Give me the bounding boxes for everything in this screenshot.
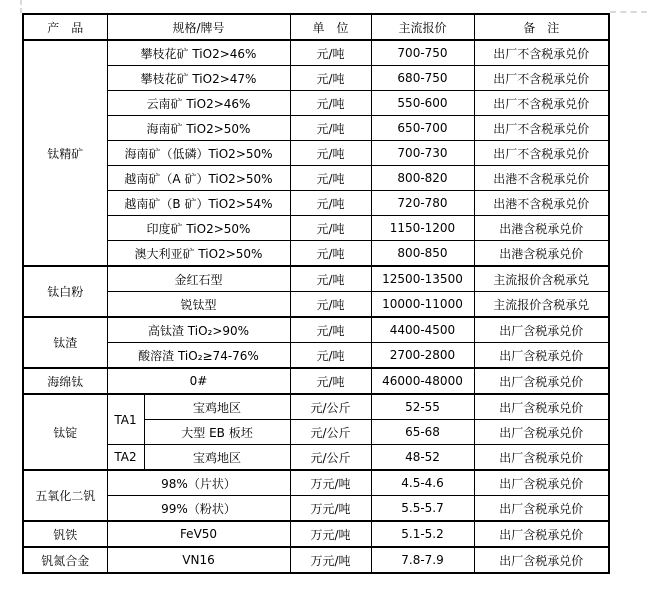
price-cell: 800-820: [371, 166, 474, 191]
price-cell: 7.8-7.9: [371, 547, 474, 573]
table-row: 攀枝花矿 TiO2>47% 元/吨 680-750 出厂不含税承兑价: [23, 66, 609, 91]
table-row: 印度矿 TiO2>50% 元/吨 1150-1200 出港含税承兑价: [23, 216, 609, 241]
page-break-dash-horizontal: [610, 11, 647, 13]
note-cell: 出厂不含税承兑价: [474, 116, 609, 141]
unit-cell: 元/公斤: [290, 394, 371, 420]
unit-cell: 元/吨: [290, 368, 371, 394]
spec-cell: 98%（片状）: [107, 470, 290, 496]
table-row: 钛白粉 金红石型 元/吨 12500-13500 主流报价含税承兑: [23, 266, 609, 292]
unit-cell: 元/吨: [290, 216, 371, 241]
note-cell: 主流报价含税承兑: [474, 266, 609, 292]
table-row: 海绵钛 0# 元/吨 46000-48000 出厂含税承兑价: [23, 368, 609, 394]
spec-cell: 越南矿（A 矿）TiO2>50%: [107, 166, 290, 191]
unit-cell: 元/吨: [290, 66, 371, 91]
note-cell: 出厂含税承兑价: [474, 368, 609, 394]
note-cell: 出港含税承兑价: [474, 241, 609, 267]
product-group-cell: 钛渣: [23, 317, 107, 368]
spec-cell: 澳大利亚矿 TiO2>50%: [107, 241, 290, 267]
table-row: 海南矿 TiO2>50% 元/吨 650-700 出厂不含税承兑价: [23, 116, 609, 141]
unit-cell: 元/吨: [290, 40, 371, 66]
product-group-cell: 五氧化二钒: [23, 470, 107, 521]
price-cell: 46000-48000: [371, 368, 474, 394]
page-break-dash-vertical: [20, 0, 22, 13]
price-cell: 4400-4500: [371, 317, 474, 343]
spec-cell: 宝鸡地区: [144, 445, 290, 471]
price-cell: 5.5-5.7: [371, 496, 474, 522]
spec-cell: 印度矿 TiO2>50%: [107, 216, 290, 241]
price-cell: 800-850: [371, 241, 474, 267]
table-row: 钒氮合金 VN16 万元/吨 7.8-7.9 出厂含税承兑价: [23, 547, 609, 573]
spec-cell: 云南矿 TiO2>46%: [107, 91, 290, 116]
note-cell: 出厂含税承兑价: [474, 547, 609, 573]
column-header-note: 备 注: [474, 14, 609, 40]
price-cell: 700-730: [371, 141, 474, 166]
note-cell: 出港含税承兑价: [474, 216, 609, 241]
product-group-cell: 钛白粉: [23, 266, 107, 317]
table-row: 云南矿 TiO2>46% 元/吨 550-600 出厂不含税承兑价: [23, 91, 609, 116]
spec-cell: 海南矿（低磷）TiO2>50%: [107, 141, 290, 166]
spec-cell: 攀枝花矿 TiO2>47%: [107, 66, 290, 91]
product-group-cell: 钒铁: [23, 521, 107, 547]
product-group-cell: 钛精矿: [23, 40, 107, 266]
note-cell: 出厂含税承兑价: [474, 496, 609, 522]
note-cell: 出厂含税承兑价: [474, 394, 609, 420]
note-cell: 出厂含税承兑价: [474, 470, 609, 496]
unit-cell: 元/吨: [290, 266, 371, 292]
header-row: 产 品 规格/牌号 单 位 主流报价 备 注: [23, 14, 609, 40]
price-cell: 2700-2800: [371, 343, 474, 369]
note-cell: 出厂含税承兑价: [474, 317, 609, 343]
spec-cell: 酸溶渣 TiO₂≥74-76%: [107, 343, 290, 369]
spec-cell: 海南矿 TiO2>50%: [107, 116, 290, 141]
column-header-price: 主流报价: [371, 14, 474, 40]
spec-cell: 金红石型: [107, 266, 290, 292]
price-cell: 10000-11000: [371, 292, 474, 318]
spec-cell: 99%（粉状）: [107, 496, 290, 522]
table-row: 钛精矿 攀枝花矿 TiO2>46% 元/吨 700-750 出厂不含税承兑价: [23, 40, 609, 66]
unit-cell: 元/吨: [290, 116, 371, 141]
spec-cell: 攀枝花矿 TiO2>46%: [107, 40, 290, 66]
spec-cell: 越南矿（B 矿）TiO2>54%: [107, 191, 290, 216]
unit-cell: 元/吨: [290, 191, 371, 216]
note-cell: 出厂含税承兑价: [474, 343, 609, 369]
note-cell: 出厂含税承兑价: [474, 521, 609, 547]
price-cell: 720-780: [371, 191, 474, 216]
spec-cell: 0#: [107, 368, 290, 394]
unit-cell: 元/吨: [290, 166, 371, 191]
table-row: 澳大利亚矿 TiO2>50% 元/吨 800-850 出港含税承兑价: [23, 241, 609, 267]
price-cell: 52-55: [371, 394, 474, 420]
unit-cell: 元/吨: [290, 343, 371, 369]
product-group-cell: 钒氮合金: [23, 547, 107, 573]
table-row: 酸溶渣 TiO₂≥74-76% 元/吨 2700-2800 出厂含税承兑价: [23, 343, 609, 369]
note-cell: 出厂不含税承兑价: [474, 40, 609, 66]
price-cell: 65-68: [371, 420, 474, 445]
table-row: 钛锭 TA1 宝鸡地区 元/公斤 52-55 出厂含税承兑价: [23, 394, 609, 420]
table-row: 钒铁 FeV50 万元/吨 5.1-5.2 出厂含税承兑价: [23, 521, 609, 547]
unit-cell: 元/吨: [290, 241, 371, 267]
note-cell: 出厂含税承兑价: [474, 445, 609, 471]
unit-cell: 元/吨: [290, 292, 371, 318]
column-header-product: 产 品: [23, 14, 107, 40]
price-cell: 680-750: [371, 66, 474, 91]
table-row: 99%（粉状） 万元/吨 5.5-5.7 出厂含税承兑价: [23, 496, 609, 522]
note-cell: 出厂含税承兑价: [474, 420, 609, 445]
spec-cell: 大型 EB 板坯: [144, 420, 290, 445]
note-cell: 主流报价含税承兑: [474, 292, 609, 318]
note-cell: 出厂不含税承兑价: [474, 141, 609, 166]
spec-cell: VN16: [107, 547, 290, 573]
grade-cell: TA1: [107, 394, 144, 445]
price-cell: 650-700: [371, 116, 474, 141]
column-header-unit: 单 位: [290, 14, 371, 40]
note-cell: 出港不含税承兑价: [474, 191, 609, 216]
table-row: 越南矿（A 矿）TiO2>50% 元/吨 800-820 出港不含税承兑价: [23, 166, 609, 191]
table-row: 锐钛型 元/吨 10000-11000 主流报价含税承兑: [23, 292, 609, 318]
spec-cell: 锐钛型: [107, 292, 290, 318]
price-cell: 12500-13500: [371, 266, 474, 292]
unit-cell: 元/吨: [290, 317, 371, 343]
unit-cell: 元/公斤: [290, 445, 371, 471]
product-group-cell: 海绵钛: [23, 368, 107, 394]
unit-cell: 万元/吨: [290, 470, 371, 496]
table-row: TA2 宝鸡地区 元/公斤 48-52 出厂含税承兑价: [23, 445, 609, 471]
unit-cell: 元/公斤: [290, 420, 371, 445]
price-cell: 4.5-4.6: [371, 470, 474, 496]
unit-cell: 元/吨: [290, 141, 371, 166]
note-cell: 出厂不含税承兑价: [474, 91, 609, 116]
table-row: 越南矿（B 矿）TiO2>54% 元/吨 720-780 出港不含税承兑价: [23, 191, 609, 216]
product-group-cell: 钛锭: [23, 394, 107, 470]
column-header-spec: 规格/牌号: [107, 14, 290, 40]
table-row: 五氧化二钒 98%（片状） 万元/吨 4.5-4.6 出厂含税承兑价: [23, 470, 609, 496]
unit-cell: 万元/吨: [290, 496, 371, 522]
unit-cell: 万元/吨: [290, 521, 371, 547]
price-cell: 550-600: [371, 91, 474, 116]
price-cell: 1150-1200: [371, 216, 474, 241]
price-cell: 5.1-5.2: [371, 521, 474, 547]
unit-cell: 元/吨: [290, 91, 371, 116]
table-row: 海南矿（低磷）TiO2>50% 元/吨 700-730 出厂不含税承兑价: [23, 141, 609, 166]
spec-cell: FeV50: [107, 521, 290, 547]
grade-cell: TA2: [107, 445, 144, 471]
price-cell: 700-750: [371, 40, 474, 66]
unit-cell: 万元/吨: [290, 547, 371, 573]
note-cell: 出港不含税承兑价: [474, 166, 609, 191]
spec-cell: 高钛渣 TiO₂>90%: [107, 317, 290, 343]
note-cell: 出厂不含税承兑价: [474, 66, 609, 91]
price-table: 产 品 规格/牌号 单 位 主流报价 备 注 钛精矿 攀枝花矿 TiO2>46%…: [22, 13, 610, 574]
spec-cell: 宝鸡地区: [144, 394, 290, 420]
table-row: 钛渣 高钛渣 TiO₂>90% 元/吨 4400-4500 出厂含税承兑价: [23, 317, 609, 343]
price-cell: 48-52: [371, 445, 474, 471]
